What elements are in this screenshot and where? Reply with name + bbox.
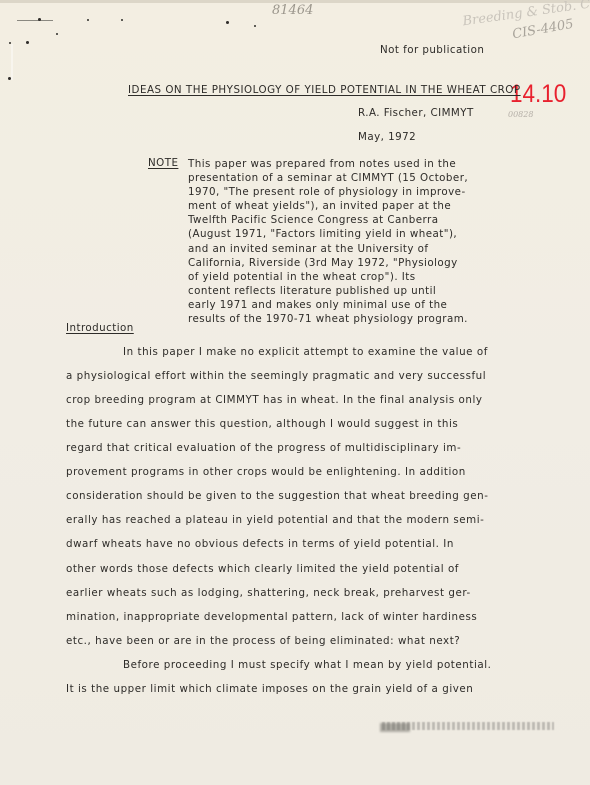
body-line: dwarf wheats have no obvious defects in … [66, 538, 454, 550]
date-line: May, 1972 [358, 131, 416, 143]
body-line: erally has reached a plateau in yield po… [66, 514, 484, 526]
scan-mark [56, 33, 58, 35]
note-line: Twelfth Pacific Science Congress at Canb… [188, 213, 468, 227]
scan-mark [87, 19, 89, 21]
body-line: In this paper I make no explicit attempt… [123, 346, 488, 358]
note-label: NOTE [148, 157, 178, 169]
scan-mark [26, 41, 29, 44]
author-line: R.A. Fischer, CIMMYT [358, 107, 474, 119]
note-line: ment of wheat yields"), an invited paper… [188, 199, 468, 213]
body-line: earlier wheats such as lodging, shatteri… [66, 587, 471, 599]
body-line: the future can answer this question, alt… [66, 418, 458, 430]
scan-mark [38, 18, 41, 21]
body-line: Before proceeding I must specify what I … [123, 659, 491, 671]
body-line: It is the upper limit which climate impo… [66, 683, 473, 695]
body-line: crop breeding program at CIMMYT has in w… [66, 394, 483, 406]
scan-mark [121, 19, 123, 21]
note-line: and an invited seminar at the University… [188, 242, 468, 256]
note-line: presentation of a seminar at CIMMYT (15 … [188, 171, 468, 185]
small-archive-number: 00828 [508, 110, 533, 119]
section-heading: Introduction [66, 322, 134, 334]
body-line: regard that critical evaluation of the p… [66, 442, 461, 454]
scan-mark [226, 21, 229, 24]
note-line: content reflects literature published up… [188, 284, 468, 298]
note-line: of yield potential in the wheat crop"). … [188, 270, 468, 284]
document-title: IDEAS ON THE PHYSIOLOGY OF YIELD POTENTI… [128, 84, 521, 96]
body-line: other words those defects which clearly … [66, 563, 459, 575]
note-line: This paper was prepared from notes used … [188, 157, 468, 171]
scan-mark [11, 44, 13, 80]
scan-mark [17, 20, 53, 21]
body-line: consideration should be given to the sug… [66, 490, 488, 502]
body-line: a physiological effort within the seemin… [66, 370, 486, 382]
body-line: mination, inappropriate developmental pa… [66, 611, 477, 623]
note-line: (August 1971, "Factors limiting yield in… [188, 227, 468, 241]
document-page: 81464 Breeding & Stob. Ct. 2 CIS-4405 14… [0, 0, 590, 785]
body-line: etc., have been or are in the process of… [66, 635, 460, 647]
publication-status: Not for publication [380, 44, 484, 56]
note-text: This paper was prepared from notes used … [188, 157, 468, 326]
catalog-number: 81464 [272, 3, 313, 18]
note-line: results of the 1970-71 wheat physiology … [188, 312, 468, 326]
scan-mark [254, 25, 256, 27]
scan-smudge [382, 722, 554, 730]
note-line: 1970, "The present role of physiology in… [188, 185, 468, 199]
body-line: provement programs in other crops would … [66, 466, 466, 478]
note-line: California, Riverside (3rd May 1972, "Ph… [188, 256, 468, 270]
scan-mark [8, 77, 11, 80]
note-line: early 1971 and makes only minimal use of… [188, 298, 468, 312]
